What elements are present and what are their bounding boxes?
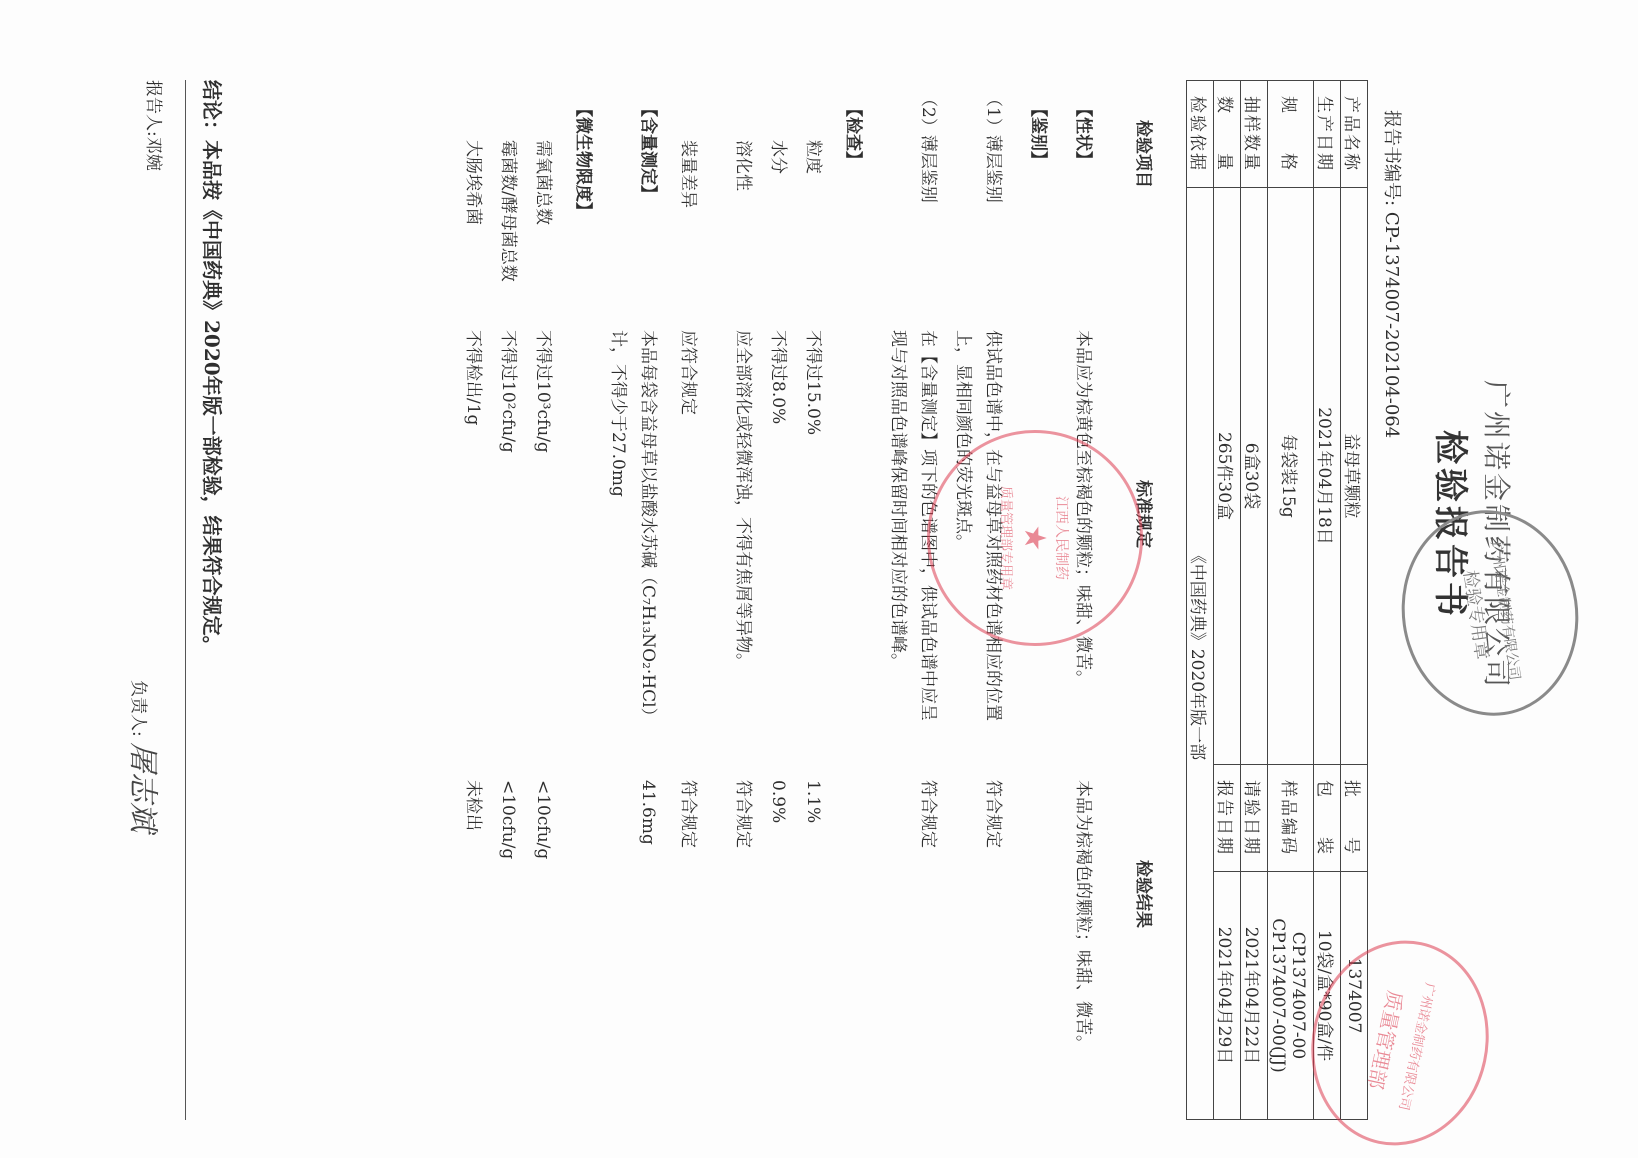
test-result: 41.6mg xyxy=(633,780,663,1120)
inspection-report-page: 广州诺金制药有限公司 检验报告书 广州诺金制药有限公司 检验专用章 报告书编号:… xyxy=(0,0,1638,1158)
info-value: 每袋装15g xyxy=(1268,188,1314,765)
info-value: CP1374007-00 CP1374007-00(JJ) xyxy=(1268,872,1314,1120)
test-standard: 本品每袋含益母草以盐酸水苏碱（C₇H₁₃NO₂·HCl）计，不得少于27.0mg xyxy=(603,330,663,730)
responsible-person: 负责人: 屠志斌 xyxy=(124,680,168,832)
report-title: 检验报告书 xyxy=(1429,430,1478,620)
info-row: 产品名称益母草颗粒批 号1374007 xyxy=(1341,81,1368,1120)
test-result: 1.1% xyxy=(798,780,828,1120)
test-standard: 不得过10³cfu/g xyxy=(528,330,558,730)
test-item: 【含量测定】 xyxy=(633,100,663,202)
info-row: 数 量265件30盒报告日期2021年04月29日 xyxy=(1214,81,1241,1120)
info-value: 10袋/盒*90盒/件 xyxy=(1314,872,1341,1120)
test-item: 装量差异 xyxy=(673,140,703,208)
test-result: 符合规定 xyxy=(673,780,703,1120)
test-item: 大肠埃希菌 xyxy=(458,140,488,225)
test-result: 符合规定 xyxy=(978,780,1008,1120)
test-item: 粒度 xyxy=(798,140,828,174)
test-result: 本品为棕褐色的颗粒；味甜、微苦。 xyxy=(1068,780,1098,1120)
info-label: 包 装 xyxy=(1314,765,1341,872)
info-value: 265件30盒 xyxy=(1214,188,1241,765)
test-item: （2）薄层鉴别 xyxy=(913,90,943,203)
info-value: 2021年04月18日 xyxy=(1314,188,1341,765)
test-standard: 应符合规定 xyxy=(673,330,703,730)
company-name: 广州诺金制药有限公司 xyxy=(1478,380,1518,690)
test-item: 水分 xyxy=(763,140,793,174)
conclusion: 结论：本品按《中国药典》2020年版一部检验，结果符合规定。 xyxy=(199,80,228,656)
info-row: 检验依据《中国药典》2020年版一部 xyxy=(1187,81,1214,1120)
info-label: 检验依据 xyxy=(1187,81,1214,188)
test-standard: 应全部溶化或轻微浑浊，不得有焦屑等异物。 xyxy=(728,330,758,730)
test-result: 0.9% xyxy=(763,780,793,1120)
test-item: 【微生物限度】 xyxy=(568,100,598,219)
column-header-standard: 标准规定 xyxy=(1128,480,1158,548)
test-standard: 供试品色谱中，在与益母草对照药材色谱相应的位置上，显相同颜色的荧光斑点。 xyxy=(948,330,1008,730)
product-info-table: 产品名称益母草颗粒批 号1374007生产日期2021年04月18日包 装10袋… xyxy=(1186,80,1368,1120)
info-label: 报告日期 xyxy=(1214,765,1241,872)
test-item: 霉菌数/酵母菌总数 xyxy=(493,140,523,282)
info-value: 益母草颗粒 xyxy=(1341,188,1368,765)
test-standard: 不得过8.0% xyxy=(763,330,793,730)
column-header-item: 检验项目 xyxy=(1128,120,1158,188)
info-value: 2021年04月22日 xyxy=(1241,872,1268,1120)
info-label: 生产日期 xyxy=(1314,81,1341,188)
info-label: 抽样数量 xyxy=(1241,81,1268,188)
info-row: 生产日期2021年04月18日包 装10袋/盒*90盒/件 xyxy=(1314,81,1341,1120)
test-standard: 在【含量测定】项下的色谱图中，供试品色谱中应呈现与对照品色谱峰保留时间相对应的色… xyxy=(883,330,943,730)
info-value: 2021年04月29日 xyxy=(1214,872,1241,1120)
test-result: 符合规定 xyxy=(728,780,758,1120)
info-label: 产品名称 xyxy=(1341,81,1368,188)
test-result: 符合规定 xyxy=(913,780,943,1120)
test-item: 【检查】 xyxy=(838,100,868,168)
handwritten-signature: 屠志斌 xyxy=(125,742,160,832)
column-header-result: 检验结果 xyxy=(1128,860,1158,928)
reporter: 报告人:邓婉 xyxy=(143,80,168,171)
test-standard: 不得过10²cfu/g xyxy=(493,330,523,730)
info-label: 数 量 xyxy=(1214,81,1241,188)
test-standard: 不得过15.0% xyxy=(798,330,828,730)
info-value: 《中国药典》2020年版一部 xyxy=(1187,188,1214,1120)
info-label: 请验日期 xyxy=(1241,765,1268,872)
test-item: 需氧菌总数 xyxy=(528,140,558,225)
test-result: <10cfu/g xyxy=(528,780,558,1120)
test-item: 【鉴别】 xyxy=(1023,100,1053,168)
info-value: 1374007 xyxy=(1341,872,1368,1120)
test-standard: 不得检出/1g xyxy=(458,330,488,730)
info-label: 样品编码 xyxy=(1268,765,1314,872)
info-row: 规 格每袋装15g样品编码CP1374007-00 CP1374007-00(J… xyxy=(1268,81,1314,1120)
divider xyxy=(185,80,186,1120)
info-label: 规 格 xyxy=(1268,81,1314,188)
test-item: （1）薄层鉴别 xyxy=(978,90,1008,203)
report-number: 报告书编号: CP-1374007-202104-064 xyxy=(1380,110,1406,438)
info-value: 6盒30袋 xyxy=(1241,188,1268,765)
test-item: 【性状】 xyxy=(1068,100,1098,168)
test-result: <10cfu/g xyxy=(493,780,523,1120)
test-standard: 本品应为棕黄色至棕褐色的颗粒；味甜、微苦。 xyxy=(1068,330,1098,730)
info-row: 抽样数量6盒30袋请验日期2021年04月22日 xyxy=(1241,81,1268,1120)
test-item: 溶化性 xyxy=(728,140,758,191)
info-label: 批 号 xyxy=(1341,765,1368,872)
test-result: 未检出 xyxy=(458,780,488,1120)
